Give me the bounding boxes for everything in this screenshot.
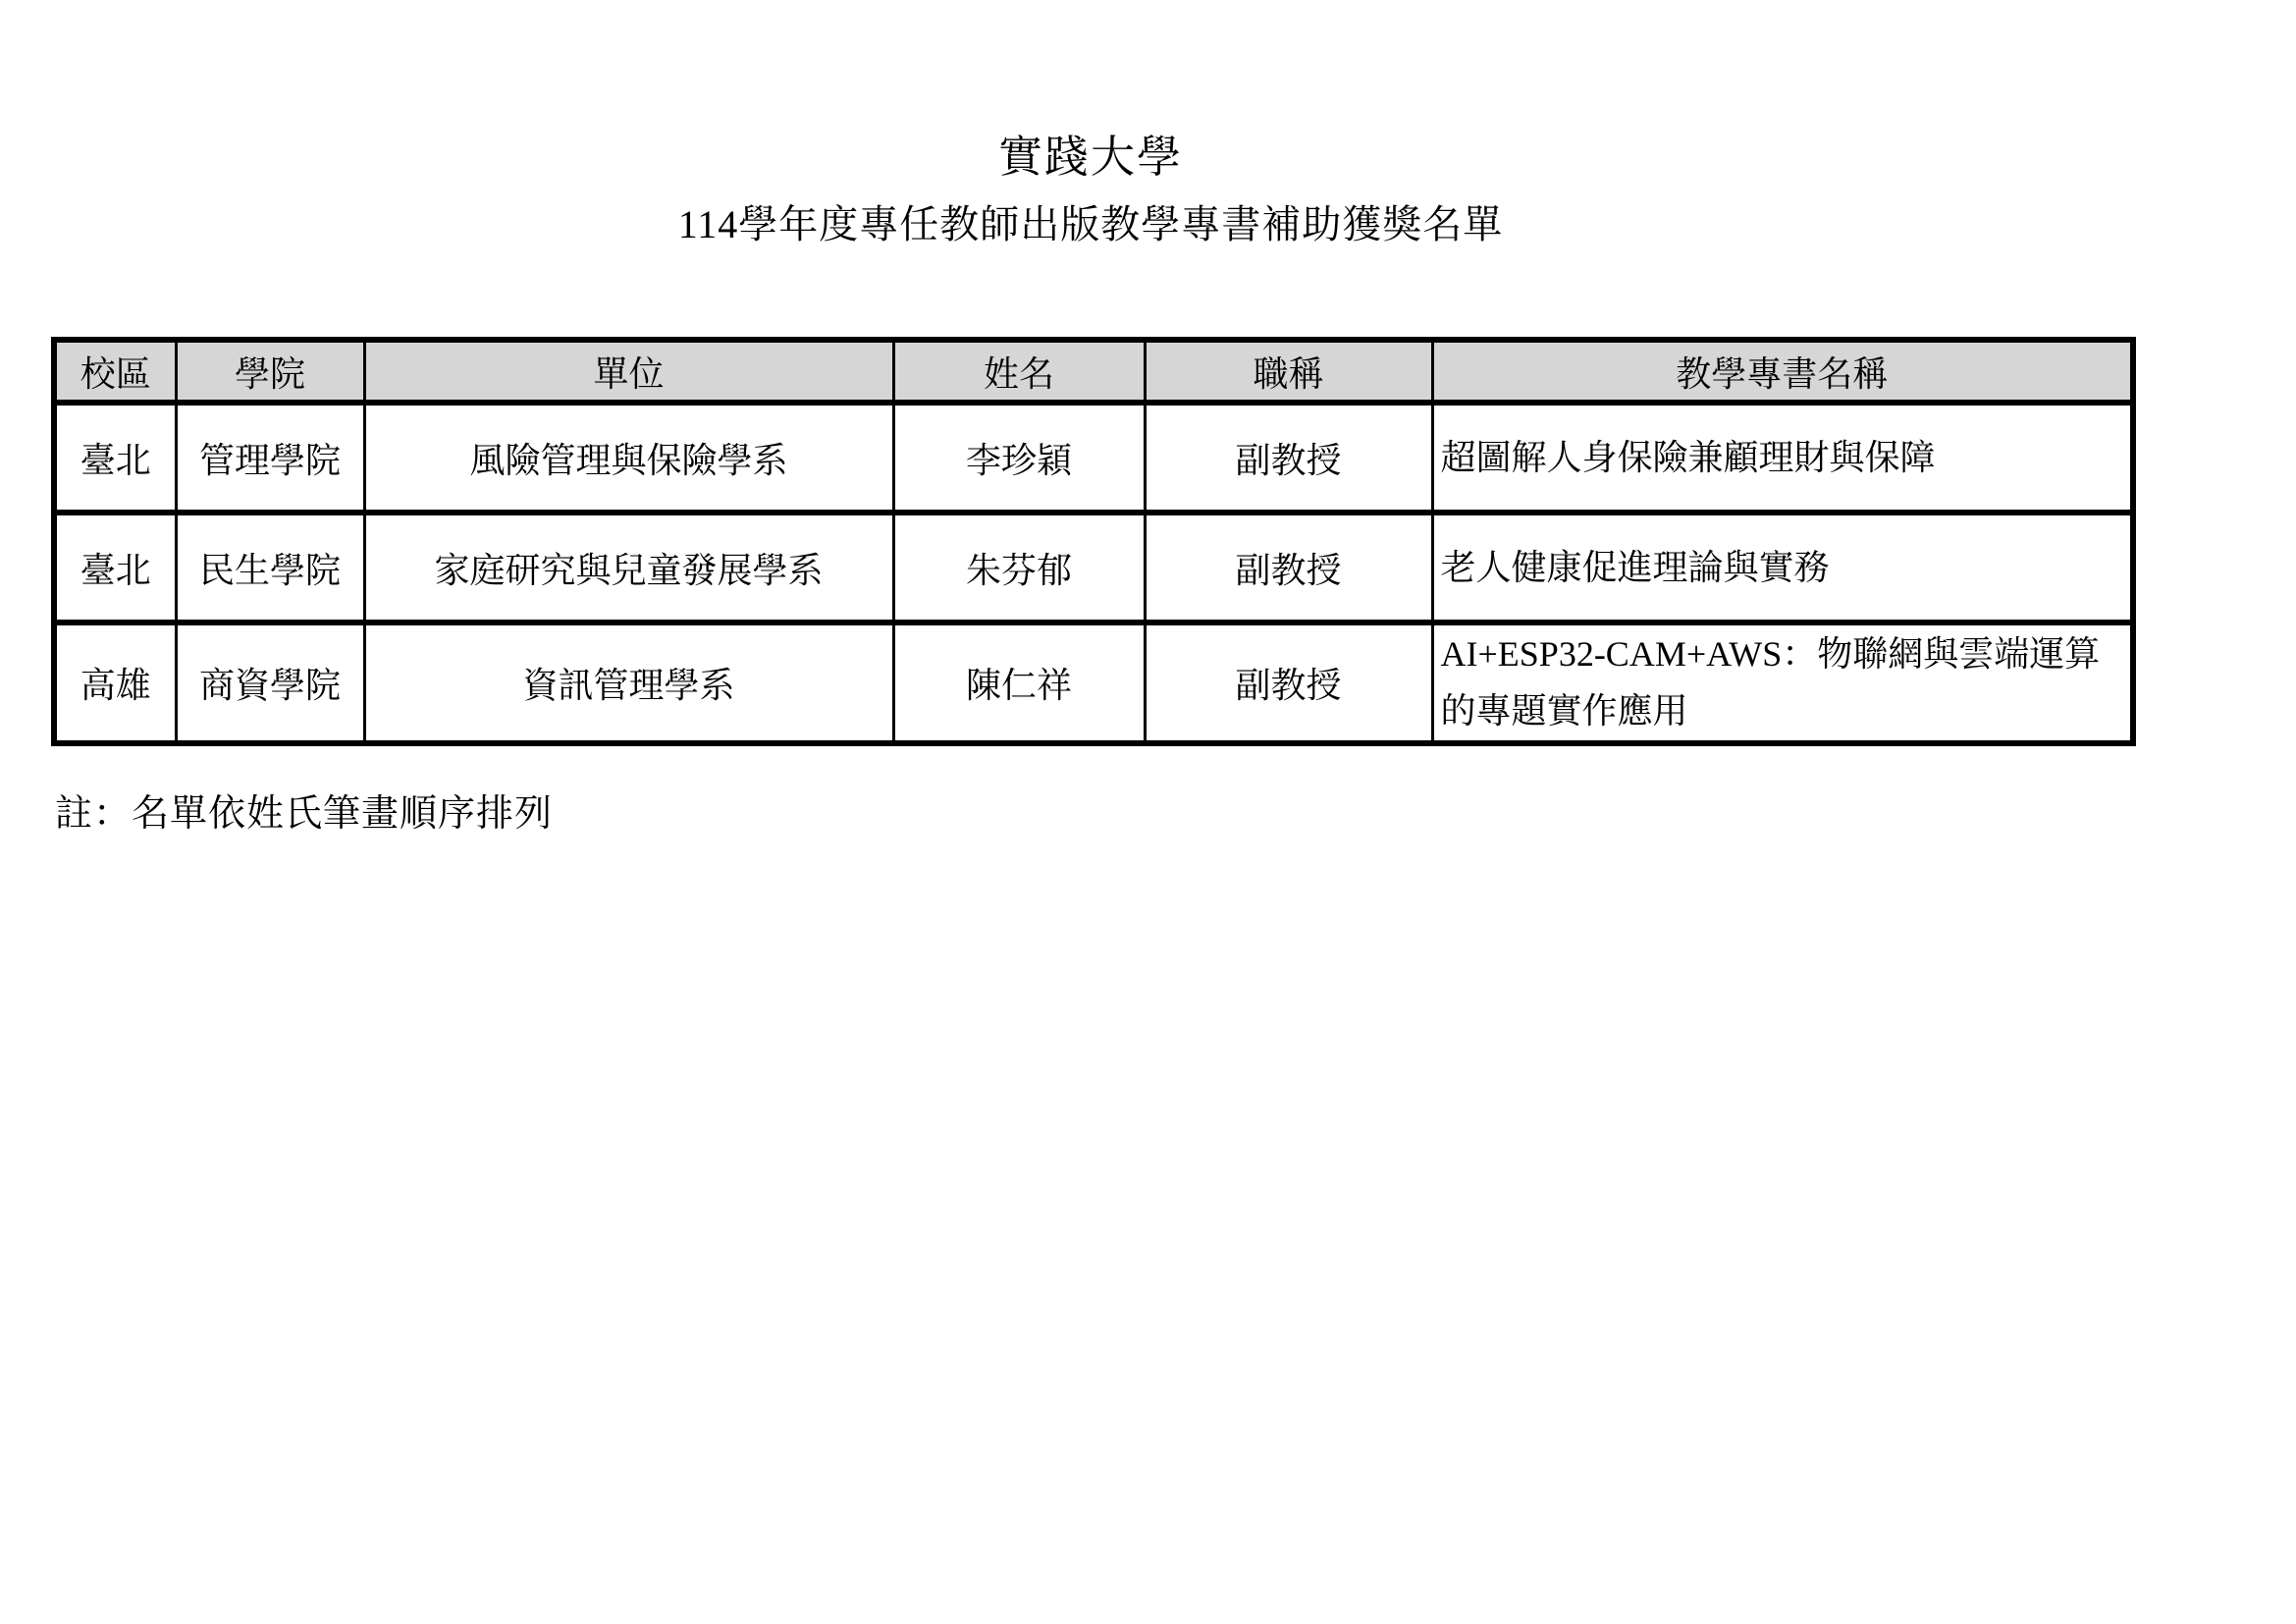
award-table: 校區 學院 單位 姓名 職稱 教學專書名稱 臺北 管理學院 風險管理與保險學系 … (51, 337, 2136, 746)
cell-college: 民生學院 (176, 513, 364, 623)
cell-name: 李珍穎 (893, 403, 1145, 513)
header-cell-unit: 單位 (364, 340, 893, 403)
cell-name: 陳仁祥 (893, 623, 1145, 743)
header-cell-book: 教學專書名稱 (1432, 340, 2133, 403)
footnote: 註：名單依姓氏筆畫順序排列 (55, 783, 553, 837)
cell-campus: 臺北 (54, 403, 176, 513)
table-row: 臺北 管理學院 風險管理與保險學系 李珍穎 副教授 超圖解人身保險兼顧理財與保障 (54, 403, 2133, 513)
cell-book: AI+ESP32-CAM+AWS：物聯網與雲端運算的專題實作應用 (1432, 623, 2133, 743)
cell-book: 超圖解人身保險兼顧理財與保障 (1432, 403, 2133, 513)
cell-campus: 高雄 (54, 623, 176, 743)
table-row: 高雄 商資學院 資訊管理學系 陳仁祥 副教授 AI+ESP32-CAM+AWS：… (54, 623, 2133, 743)
cell-campus: 臺北 (54, 513, 176, 623)
header-cell-campus: 校區 (54, 340, 176, 403)
header-cell-name: 姓名 (893, 340, 1145, 403)
cell-college: 管理學院 (176, 403, 364, 513)
header-cell-college: 學院 (176, 340, 364, 403)
cell-name: 朱芬郁 (893, 513, 1145, 623)
cell-unit: 家庭研究與兒童發展學系 (364, 513, 893, 623)
cell-unit: 風險管理與保險學系 (364, 403, 893, 513)
title-block: 實踐大學 114學年度專任教師出版教學專書補助獲獎名單 (51, 135, 2130, 244)
cell-college: 商資學院 (176, 623, 364, 743)
page-subtitle: 114學年度專任教師出版教學專書補助獲獎名單 (51, 205, 2130, 244)
cell-unit: 資訊管理學系 (364, 623, 893, 743)
cell-title: 副教授 (1145, 403, 1432, 513)
cell-book: 老人健康促進理論與實務 (1432, 513, 2133, 623)
header-cell-title: 職稱 (1145, 340, 1432, 403)
header-row: 校區 學院 單位 姓名 職稱 教學專書名稱 (54, 340, 2133, 403)
cell-title: 副教授 (1145, 623, 1432, 743)
cell-title: 副教授 (1145, 513, 1432, 623)
page-title: 實踐大學 (51, 135, 2130, 180)
table-row: 臺北 民生學院 家庭研究與兒童發展學系 朱芬郁 副教授 老人健康促進理論與實務 (54, 513, 2133, 623)
